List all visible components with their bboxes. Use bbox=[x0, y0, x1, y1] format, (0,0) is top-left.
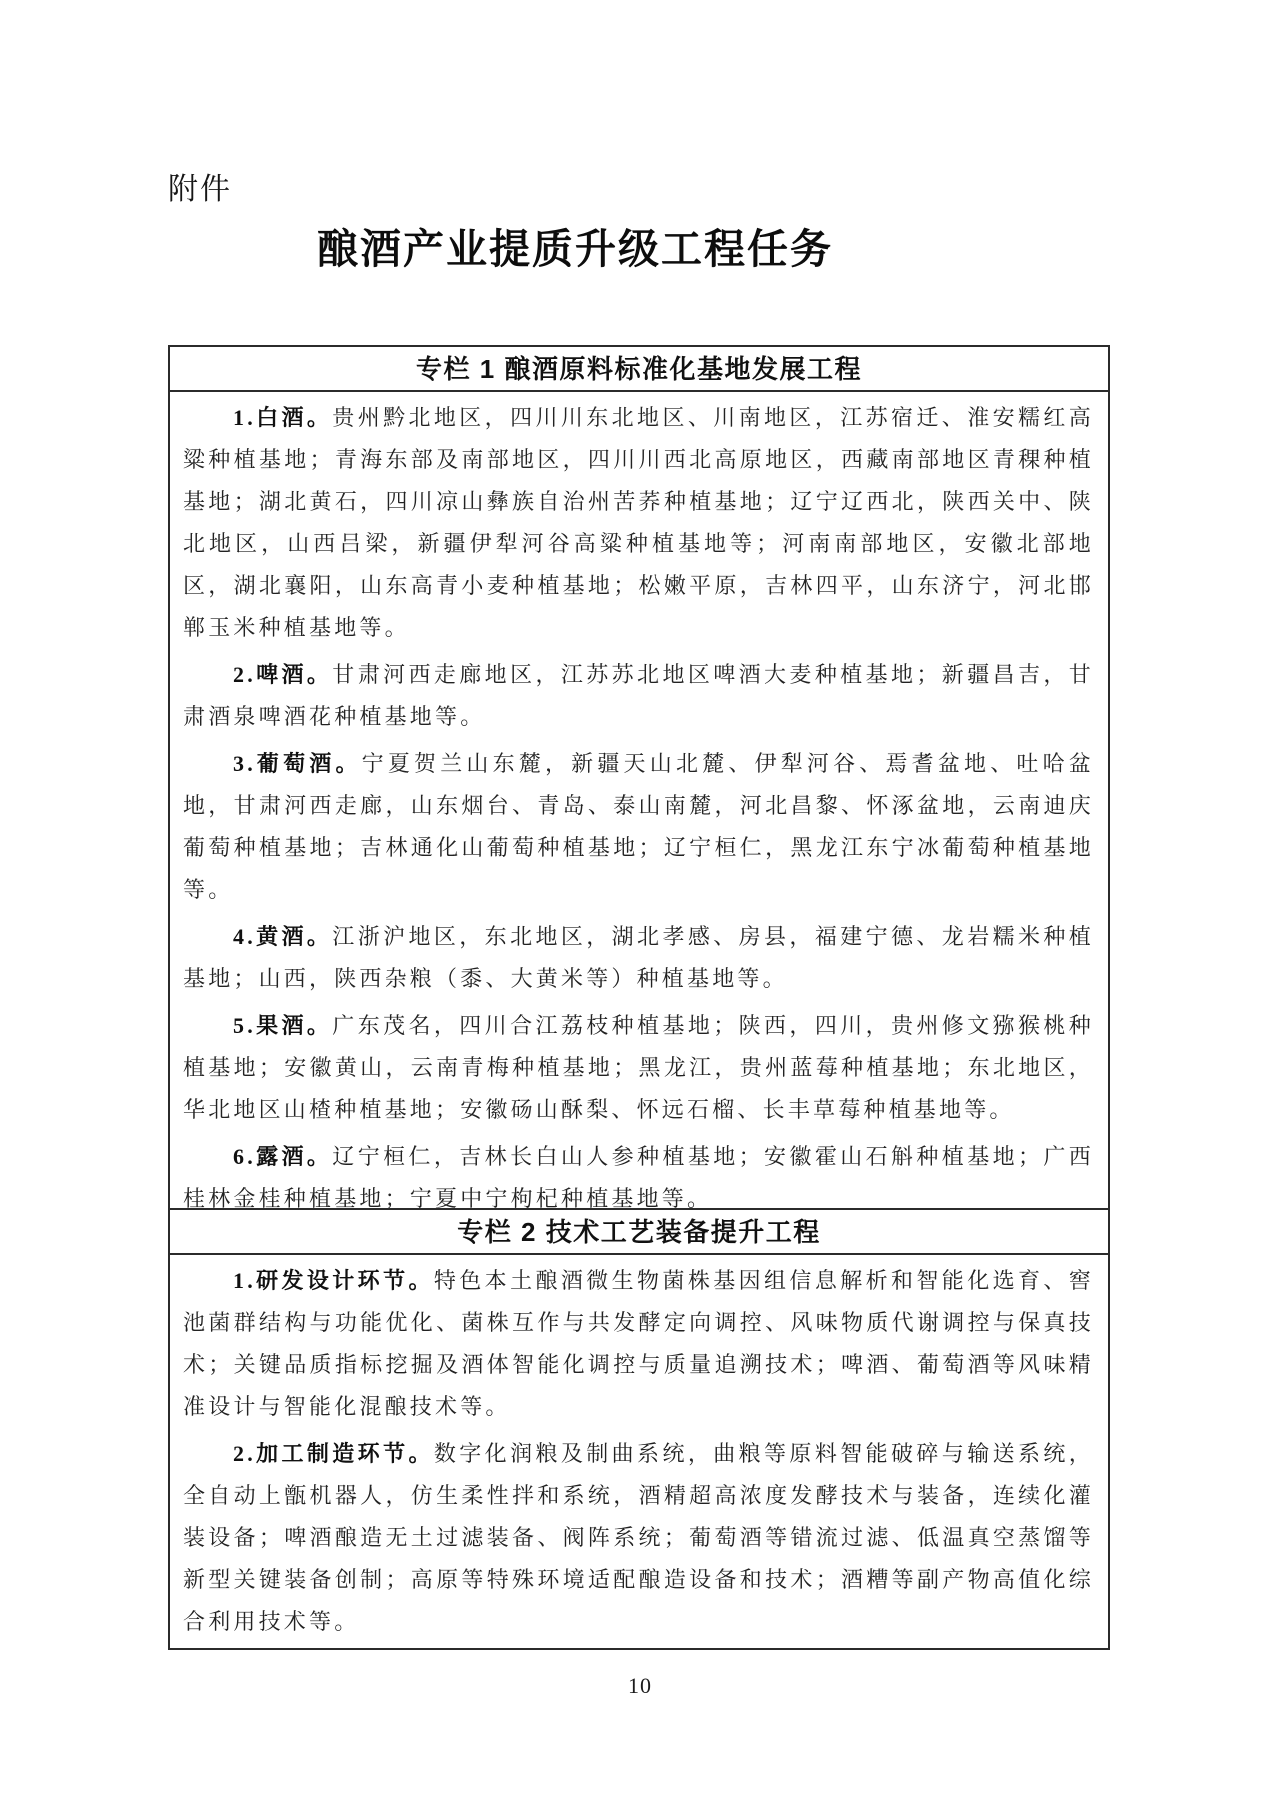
column-box-1: 专栏 1 酿酒原料标准化基地发展工程 1.白酒。贵州黔北地区，四川川东北地区、川… bbox=[168, 345, 1110, 1227]
column-1-body: 1.白酒。贵州黔北地区，四川川东北地区、川南地区，江苏宿迁、淮安糯红高粱种植基地… bbox=[170, 392, 1108, 1225]
item-label: 5.果酒。 bbox=[233, 1013, 332, 1038]
list-item-beer: 2.啤酒。甘肃河西走廊地区，江苏苏北地区啤酒大麦种植基地；新疆昌吉，甘肃酒泉啤酒… bbox=[183, 654, 1094, 738]
item-text: 数字化润粮及制曲系统，曲粮等原料智能破碎与输送系统，全自动上甑机器人，仿生柔性拌… bbox=[183, 1441, 1094, 1634]
list-item-rd-design: 1.研发设计环节。特色本土酿酒微生物菌株基因组信息解析和智能化选育、窖池菌群结构… bbox=[183, 1260, 1094, 1428]
attachment-label: 附件 bbox=[168, 164, 232, 208]
list-item-fruit-wine: 5.果酒。广东茂名，四川合江荔枝种植基地；陕西，四川，贵州修文猕猴桃种植基地；安… bbox=[183, 1005, 1094, 1131]
item-label: 1.研发设计环节。 bbox=[233, 1268, 434, 1293]
item-label: 6.露酒。 bbox=[233, 1144, 332, 1169]
list-item-manufacturing: 2.加工制造环节。数字化润粮及制曲系统，曲粮等原料智能破碎与输送系统，全自动上甑… bbox=[183, 1433, 1094, 1643]
list-item-baijiu: 1.白酒。贵州黔北地区，四川川东北地区、川南地区，江苏宿迁、淮安糯红高粱种植基地… bbox=[183, 397, 1094, 649]
column-2-body: 1.研发设计环节。特色本土酿酒微生物菌株基因组信息解析和智能化选育、窖池菌群结构… bbox=[170, 1255, 1108, 1648]
column-box-2: 专栏 2 技术工艺装备提升工程 1.研发设计环节。特色本土酿酒微生物菌株基因组信… bbox=[168, 1208, 1110, 1650]
item-label: 4.黄酒。 bbox=[233, 924, 332, 949]
page-number: 10 bbox=[0, 1673, 1280, 1699]
list-item-wine: 3.葡萄酒。宁夏贺兰山东麓，新疆天山北麓、伊犁河谷、焉耆盆地、吐哈盆地，甘肃河西… bbox=[183, 743, 1094, 911]
list-item-huangjiu: 4.黄酒。江浙沪地区，东北地区，湖北孝感、房县，福建宁德、龙岩糯米种植基地；山西… bbox=[183, 916, 1094, 1000]
item-label: 2.加工制造环节。 bbox=[233, 1441, 434, 1466]
column-1-header: 专栏 1 酿酒原料标准化基地发展工程 bbox=[170, 347, 1108, 392]
document-page: 附件 酿酒产业提质升级工程任务 专栏 1 酿酒原料标准化基地发展工程 1.白酒。… bbox=[0, 0, 1280, 1809]
item-label: 2.啤酒。 bbox=[233, 662, 332, 687]
item-label: 1.白酒。 bbox=[233, 405, 332, 430]
item-label: 3.葡萄酒。 bbox=[233, 751, 362, 776]
item-text: 贵州黔北地区，四川川东北地区、川南地区，江苏宿迁、淮安糯红高粱种植基地；青海东部… bbox=[183, 405, 1094, 640]
column-2-header: 专栏 2 技术工艺装备提升工程 bbox=[170, 1210, 1108, 1255]
page-title: 酿酒产业提质升级工程任务 bbox=[0, 216, 1150, 275]
